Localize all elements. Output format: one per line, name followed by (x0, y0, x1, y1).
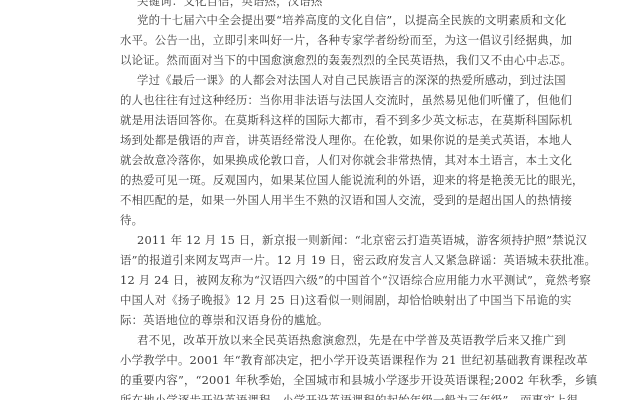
document-page: 关键词：文化自信，英语热，汉语热 党的十七届六中全会提出要“培养高度的文化自信”… (0, 0, 640, 400)
text-line: 中国人对《扬子晚报》12 月 25 日)这看似一则闹剧，却恰恰映射出了中国当下吊… (120, 293, 540, 307)
text-line: 党的十七届六中全会提出要“培养高度的文化自信”，以提高全民族的文明素质和文化 (137, 13, 540, 27)
text-line: 不相匹配的是，如果一外国人用半生不熟的汉语和国人交流，受到的是超出国人的热情接 (120, 193, 540, 207)
text-line: 际：英语地位的尊崇和汉语身份的尴尬。 (120, 313, 540, 327)
text-line-keywords: 关键词：文化自信，英语热，汉语热 (137, 0, 540, 8)
text-line: 的热爱可见一斑。反观国内，如果某位国人能说流利的外语，迎来的将是艳羡无比的眼光， (120, 173, 540, 187)
text-line: 场到处都是俄语的声音，讲英语经常没人理你。在伦敦，如果你说的是美式英语，本地人 (120, 133, 540, 147)
text-line: 就是用法语回答你。在莫斯科这样的国际大都市，看不到多少英文标志，在莫斯科国际机 (120, 113, 540, 127)
text-line: 就会故意冷落你，如果换成伦敦口音，人们对你就会非常热情，其对本土语言，本土文化 (120, 153, 540, 167)
text-line: 小学教学中。2001 年“教育部决定，把小学开设英语课程作为 21 世纪初基础教… (120, 353, 540, 367)
text-line: 待。 (120, 213, 540, 227)
text-line: 学过《最后一课》的人都会对法国人对自己民族语言的深深的热爱所感动，到过法国 (137, 73, 540, 87)
text-line: 语”的报道引来网友骂声一片。12 月 19 日，密云政府发言人又紧急辟谣：英语城… (120, 253, 540, 267)
text-line: 水平。公告一出，立即引来叫好一片，各种专家学者纷纷而至，为这一倡议引经据典，加 (120, 33, 540, 47)
text-line: 以论证。然而面对当下的中国愈演愈烈的轰轰烈烈的全民英语热，我们又不由心中忐忑。 (120, 53, 540, 67)
text-line: 所在地小学逐步开设英语课程。小学开设英语课程的起始年级一般为三年级”，而事实上很 (120, 393, 540, 400)
text-line: 君不见，改革开放以来全民英语热愈演愈烈，先是在中学普及英语教学后来又推广到 (137, 333, 540, 347)
text-line: 12 月 24 日，被网友称为“汉语四六级”的中国首个“汉语综合应用能力水平测试… (120, 273, 540, 287)
text-line: 的人也往往有过这种经历：当你用非法语与法国人交流时，虽然易见他们听懂了，但他们 (120, 93, 540, 107)
text-line: 的重要内容”，“2001 年秋季始，全国城市和县城小学逐步开设英语课程;2002… (120, 373, 540, 387)
text-line: 2011 年 12 月 15 日，新京报一则新闻：“北京密云打造英语城，游客须持… (137, 233, 540, 247)
